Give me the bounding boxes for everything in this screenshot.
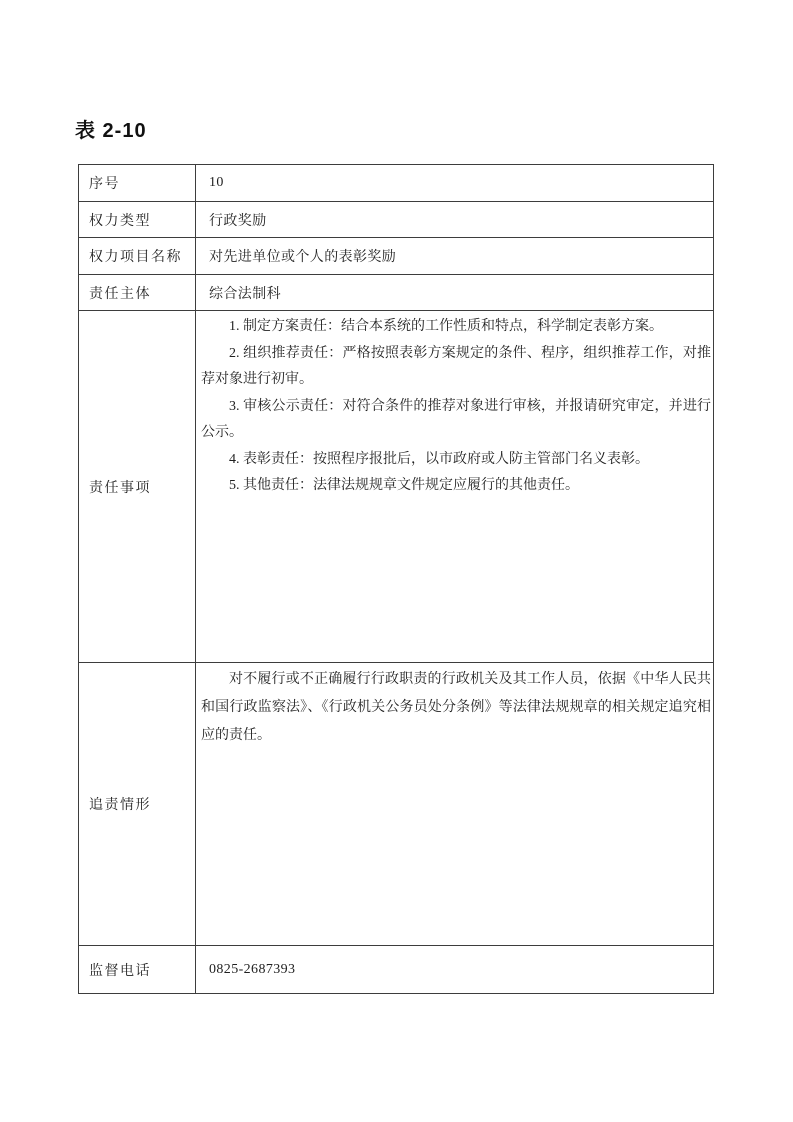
row-power-item-name: 权力项目名称 对先进单位或个人的表彰奖励 [79,238,714,275]
row-serial-number: 序号 10 [79,165,714,202]
responsibility-items-cell: 1. 制定方案责任：结合本系统的工作性质和特点，科学制定表彰方案。 2. 组织推… [196,311,714,663]
power-responsibility-table: 序号 10 权力类型 行政奖励 权力项目名称 对先进单位或个人的表彰奖励 责任主… [78,164,714,994]
row-responsible-entity: 责任主体 综合法制科 [79,275,714,311]
responsibility-paragraph-1: 1. 制定方案责任：结合本系统的工作性质和特点，科学制定表彰方案。 [201,314,711,341]
row-label: 责任主体 [79,275,196,311]
row-responsibility-items: 责任事项 1. 制定方案责任：结合本系统的工作性质和特点，科学制定表彰方案。 2… [79,311,714,663]
row-label: 序号 [79,165,196,202]
row-value: 综合法制科 [196,275,714,311]
row-label: 权力项目名称 [79,238,196,275]
row-power-type: 权力类型 行政奖励 [79,202,714,238]
row-value: 0825-2687393 [196,946,714,994]
row-supervision-phone: 监督电话 0825-2687393 [79,946,714,994]
responsibility-paragraph-2: 2. 组织推荐责任：严格按照表彰方案规定的条件、程序，组织推荐工作，对推荐对象进… [201,341,711,394]
row-value: 10 [196,165,714,202]
document-page: 表 2-10 序号 10 权力类型 行政奖励 权力项目名称 对先进单位或个人的表… [0,0,793,1122]
row-value: 对先进单位或个人的表彰奖励 [196,238,714,275]
accountability-paragraph: 对不履行或不正确履行行政职责的行政机关及其工作人员，依据《中华人民共和国行政监察… [201,666,711,750]
responsibility-paragraph-3: 3. 审核公示责任：对符合条件的推荐对象进行审核，并报请研究审定，并进行公示。 [201,394,711,447]
row-accountability: 追责情形 对不履行或不正确履行行政职责的行政机关及其工作人员，依据《中华人民共和… [79,663,714,946]
row-label: 权力类型 [79,202,196,238]
responsibility-paragraph-5: 5. 其他责任：法律法规规章文件规定应履行的其他责任。 [201,473,711,500]
row-label: 监督电话 [79,946,196,994]
accountability-cell: 对不履行或不正确履行行政职责的行政机关及其工作人员，依据《中华人民共和国行政监察… [196,663,714,946]
row-label: 责任事项 [79,311,196,663]
row-label: 追责情形 [79,663,196,946]
page-title: 表 2-10 [75,119,147,143]
responsibility-paragraph-4: 4. 表彰责任：按照程序报批后，以市政府或人防主管部门名义表彰。 [201,447,711,474]
row-value: 行政奖励 [196,202,714,238]
